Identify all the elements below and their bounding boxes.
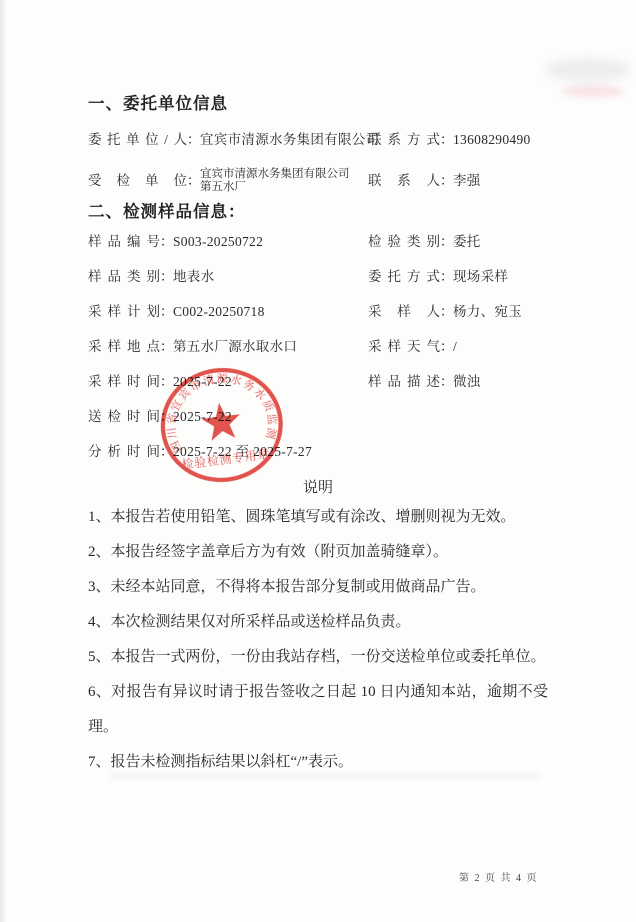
colon: ：: [187, 131, 200, 149]
value-client-unit: 宜宾市清源水务集团有限公司: [200, 132, 379, 147]
label-analysis-time: 分析时间: [88, 443, 160, 461]
label-sample-number: 样品编号: [88, 233, 160, 251]
colon: ：: [160, 233, 173, 251]
note-item-4: 4、本次检测结果仅对所采样品或送检样品负责。: [88, 605, 548, 640]
colon: ：: [440, 338, 453, 356]
notes-list: 1、本报告若使用铅笔、圆珠笔填写或有涂改、增删则视为无效。 2、本报告经签字盖章…: [88, 500, 548, 780]
label-sampling-plan: 采样计划: [88, 303, 160, 321]
value-contact-person: 李强: [453, 173, 481, 188]
row-sample-type: 样品类别：地表水 委托方式：现场采样: [88, 268, 548, 286]
report-page: 一、委托单位信息 委托单位/人：宜宾市清源水务集团有限公司 联系方式：13608…: [0, 0, 636, 922]
colon: ：: [440, 268, 453, 286]
row-commission-method: 委托方式：现场采样: [368, 268, 508, 286]
value-sampling-weather: /: [453, 339, 457, 354]
official-seal-stamp: 四川省宜宾市清源水务水质监测有限公司 检验检测专用章: [151, 359, 293, 496]
colon: ：: [440, 373, 453, 391]
colon: ：: [440, 233, 453, 251]
value-inspection-category: 委托: [453, 234, 481, 249]
row-sampling-location: 采样地点：第五水厂源水取水口 采样天气：/: [88, 338, 548, 356]
label-client-unit: 委托单位/人: [88, 131, 187, 149]
note-item-3: 3、未经本站同意，不得将本报告部分复制或用做商品广告。: [88, 570, 548, 605]
note-item-1: 1、本报告若使用铅笔、圆珠笔填写或有涂改、增删则视为无效。: [88, 500, 548, 535]
value-contact-phone: 13608290490: [453, 132, 531, 147]
value-sampling-location: 第五水厂源水取水口: [173, 339, 297, 354]
row-inspection-category: 检验类别：委托: [368, 233, 481, 251]
row-client-unit: 委托单位/人：宜宾市清源水务集团有限公司 联系方式：13608290490: [88, 131, 548, 149]
label-sampling-weather: 采样天气: [368, 338, 440, 356]
note-item-6: 6、对报告有异议时请于报告签收之日起 10 日内通知本站，逾期不受理。: [88, 675, 548, 745]
label-sample-type: 样品类别: [88, 268, 160, 286]
colon: ：: [440, 172, 453, 190]
scan-smudge: [546, 58, 630, 82]
row-sample-number: 样品编号：S003-20250722 检验类别：委托: [88, 233, 548, 251]
value-sample-type: 地表水: [173, 269, 214, 284]
row-sampler: 采样人：杨力、宛玉: [368, 303, 522, 321]
label-contact-method: 联系方式: [368, 131, 440, 149]
note-item-2: 2、本报告经签字盖章后方为有效（附页加盖骑缝章）。: [88, 535, 548, 570]
label-sampling-location: 采样地点: [88, 338, 160, 356]
label-inspected-unit: 受检单位: [88, 172, 187, 190]
page-number-footer: 第 2 页 共 4 页: [459, 869, 538, 884]
value-sample-number: S003-20250722: [173, 234, 263, 249]
row-sample-description: 样品描述：微浊: [368, 373, 481, 391]
label-contact-person: 联系人: [368, 172, 440, 190]
scan-edge-shadow: [0, 0, 7, 922]
label-sampler: 采样人: [368, 303, 440, 321]
section2-title: 二、检测样品信息：: [88, 198, 548, 222]
section1-title: 一、委托单位信息: [88, 90, 548, 114]
row-contact-method: 联系方式：13608290490: [368, 131, 531, 149]
value-sampling-plan: C002-20250718: [173, 304, 265, 319]
seal-star-icon: [200, 400, 243, 441]
value-sample-description: 微浊: [453, 374, 481, 389]
note-item-5: 5、本报告一式两份，一份由我站存档，一份交送检单位或委托单位。: [88, 640, 548, 675]
row-analysis-time: 分析时间：2025-7-22 至 2025-7-27: [88, 443, 548, 461]
value-inspected-unit-line2: 第五水厂: [200, 181, 350, 195]
value-commission-method: 现场采样: [453, 269, 508, 284]
row-inspected-unit: 受检单位：宜宾市清源水务集团有限公司第五水厂 联系人：李强: [88, 165, 548, 197]
notes-title: 说明: [88, 476, 548, 497]
label-commission-method: 委托方式: [368, 268, 440, 286]
label-submission-time: 送检时间: [88, 408, 160, 426]
row-contact-person: 联系人：李强: [368, 172, 481, 190]
colon: ：: [160, 338, 173, 356]
row-sampling-weather: 采样天气：/: [368, 338, 457, 356]
value-inspected-unit: 宜宾市清源水务集团有限公司第五水厂: [200, 168, 350, 195]
row-sampling-plan: 采样计划：C002-20250718 采样人：杨力、宛玉: [88, 303, 548, 321]
colon: ：: [440, 303, 453, 321]
colon: ：: [187, 172, 200, 190]
label-inspection-category: 检验类别: [368, 233, 440, 251]
scan-smudge: [562, 85, 624, 98]
colon: ：: [160, 268, 173, 286]
seal-ring-text: 四川省宜宾市清源水务水质监测有限公司: [151, 359, 282, 457]
value-sampler: 杨力、宛玉: [453, 304, 522, 319]
note-item-7: 7、报告未检测指标结果以斜杠“/”表示。: [88, 745, 548, 780]
label-sampling-time: 采样时间: [88, 373, 160, 391]
label-sample-description: 样品描述: [368, 373, 440, 391]
value-inspected-unit-line1: 宜宾市清源水务集团有限公司: [200, 168, 350, 182]
colon: ：: [440, 131, 453, 149]
colon: ：: [160, 303, 173, 321]
